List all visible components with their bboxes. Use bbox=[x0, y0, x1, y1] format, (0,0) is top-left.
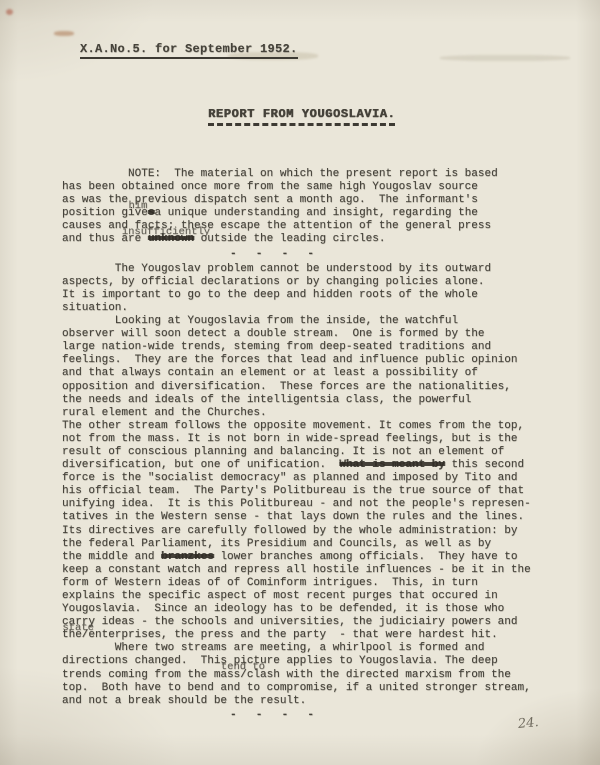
dash-separator: - - - - bbox=[62, 248, 562, 261]
document-line: explains the specific aspect of most rec… bbox=[62, 590, 562, 603]
document-line: The other stream follows the opposite mo… bbox=[62, 420, 562, 433]
document-line: Looking at Yougoslavia from the inside, … bbox=[62, 315, 562, 328]
document-body: NOTE: The material on which the present … bbox=[62, 168, 562, 724]
document-title: REPORT FROM YOUGOSLAVIA. bbox=[208, 107, 395, 126]
document-line: unifying idea. It is this Politbureau - … bbox=[62, 498, 562, 511]
document-line: force is the "socialist democracy" as pl… bbox=[62, 472, 562, 485]
document-line: NOTE: The material on which the present … bbox=[62, 168, 562, 181]
text-segment: enterprises, the press and the party - t… bbox=[88, 629, 497, 641]
text-segment: trends coming from the mass/ bbox=[62, 669, 247, 681]
document-line: situation. bbox=[62, 302, 562, 315]
document-line: the federal Parliament, its Presidium an… bbox=[62, 538, 562, 551]
text-segment: diversification, but one of unification. bbox=[62, 459, 339, 471]
document-line: has been obtained once more from the sam… bbox=[62, 181, 562, 194]
document-line: keep a constant watch and repress all ho… bbox=[62, 564, 562, 577]
paper-stain bbox=[54, 31, 74, 36]
document-line: tatives in the Western sense - that lays… bbox=[62, 511, 562, 524]
paper-stain bbox=[440, 55, 570, 61]
document-line: large nation-wide trends, steming from d… bbox=[62, 341, 562, 354]
document-line: result of conscious planning and balanci… bbox=[62, 446, 562, 459]
struck-out-text: branzkes bbox=[161, 551, 214, 563]
document-line: the middle and branzkes lower branches a… bbox=[62, 551, 562, 564]
paper-stain bbox=[6, 9, 13, 15]
document-line: top. Both have to bend and to compromise… bbox=[62, 682, 562, 695]
document-line: Where two streams are meeting, a whirlpo… bbox=[62, 642, 562, 655]
document-line: form of Western ideas of of Cominform in… bbox=[62, 577, 562, 590]
document-line: directions changed. This picture applies… bbox=[62, 655, 562, 668]
document-line: the needs and ideals of the intelligents… bbox=[62, 394, 562, 407]
document-line: trends coming from the mass/tend toclash… bbox=[62, 669, 562, 682]
document-line: rural element and the Churches. bbox=[62, 407, 562, 420]
text-segment: this second bbox=[445, 459, 524, 471]
struck-out-text: What is meant by bbox=[339, 459, 445, 471]
document-line: opposition and diversification. These fo… bbox=[62, 381, 562, 394]
document-line: and not a break should be the result. bbox=[62, 695, 562, 708]
document-line: carry ideas - the schools and universiti… bbox=[62, 616, 562, 629]
text-segment: clash with the directed marxism from the bbox=[247, 669, 511, 681]
document-line: observer will soon detect a double strea… bbox=[62, 328, 562, 341]
text-segment: outside the leading circles. bbox=[194, 233, 385, 245]
document-line: The Yougoslav problem cannot be understo… bbox=[62, 263, 562, 276]
dash-separator: - - - - bbox=[62, 709, 562, 722]
document-line: his official team. The Party's Politbure… bbox=[62, 485, 562, 498]
document-line: and that always contain an element or at… bbox=[62, 367, 562, 380]
document-line: and thus are insufficientlyunknown outsi… bbox=[62, 233, 562, 246]
document-line: the/stateenterprises, the press and the … bbox=[62, 629, 562, 642]
document-line: not from the mass. It is not born in wid… bbox=[62, 433, 562, 446]
document-line: Yougoslavia. Since an ideology has to be… bbox=[62, 603, 562, 616]
document-line: Its directives are carefully followed by… bbox=[62, 525, 562, 538]
text-segment: lower branches among officials. They hav… bbox=[214, 551, 518, 563]
document-line: feelings. They are the forces that lead … bbox=[62, 354, 562, 367]
document-line: position giveshima unique understanding … bbox=[62, 207, 562, 220]
document-line: aspects, by official declarations or by … bbox=[62, 276, 562, 289]
handwritten-page-number: 24. bbox=[517, 715, 539, 732]
document-line: It is important to go to the deep and hi… bbox=[62, 289, 562, 302]
document-reference-header: X.A.No.5. for September 1952. bbox=[80, 42, 298, 59]
scanned-document-page: X.A.No.5. for September 1952. REPORT FRO… bbox=[0, 0, 600, 765]
text-segment: a unique understanding and insight, rega… bbox=[154, 207, 477, 219]
text-segment: the middle and bbox=[62, 551, 161, 563]
document-line: diversification, but one of unification.… bbox=[62, 459, 562, 472]
